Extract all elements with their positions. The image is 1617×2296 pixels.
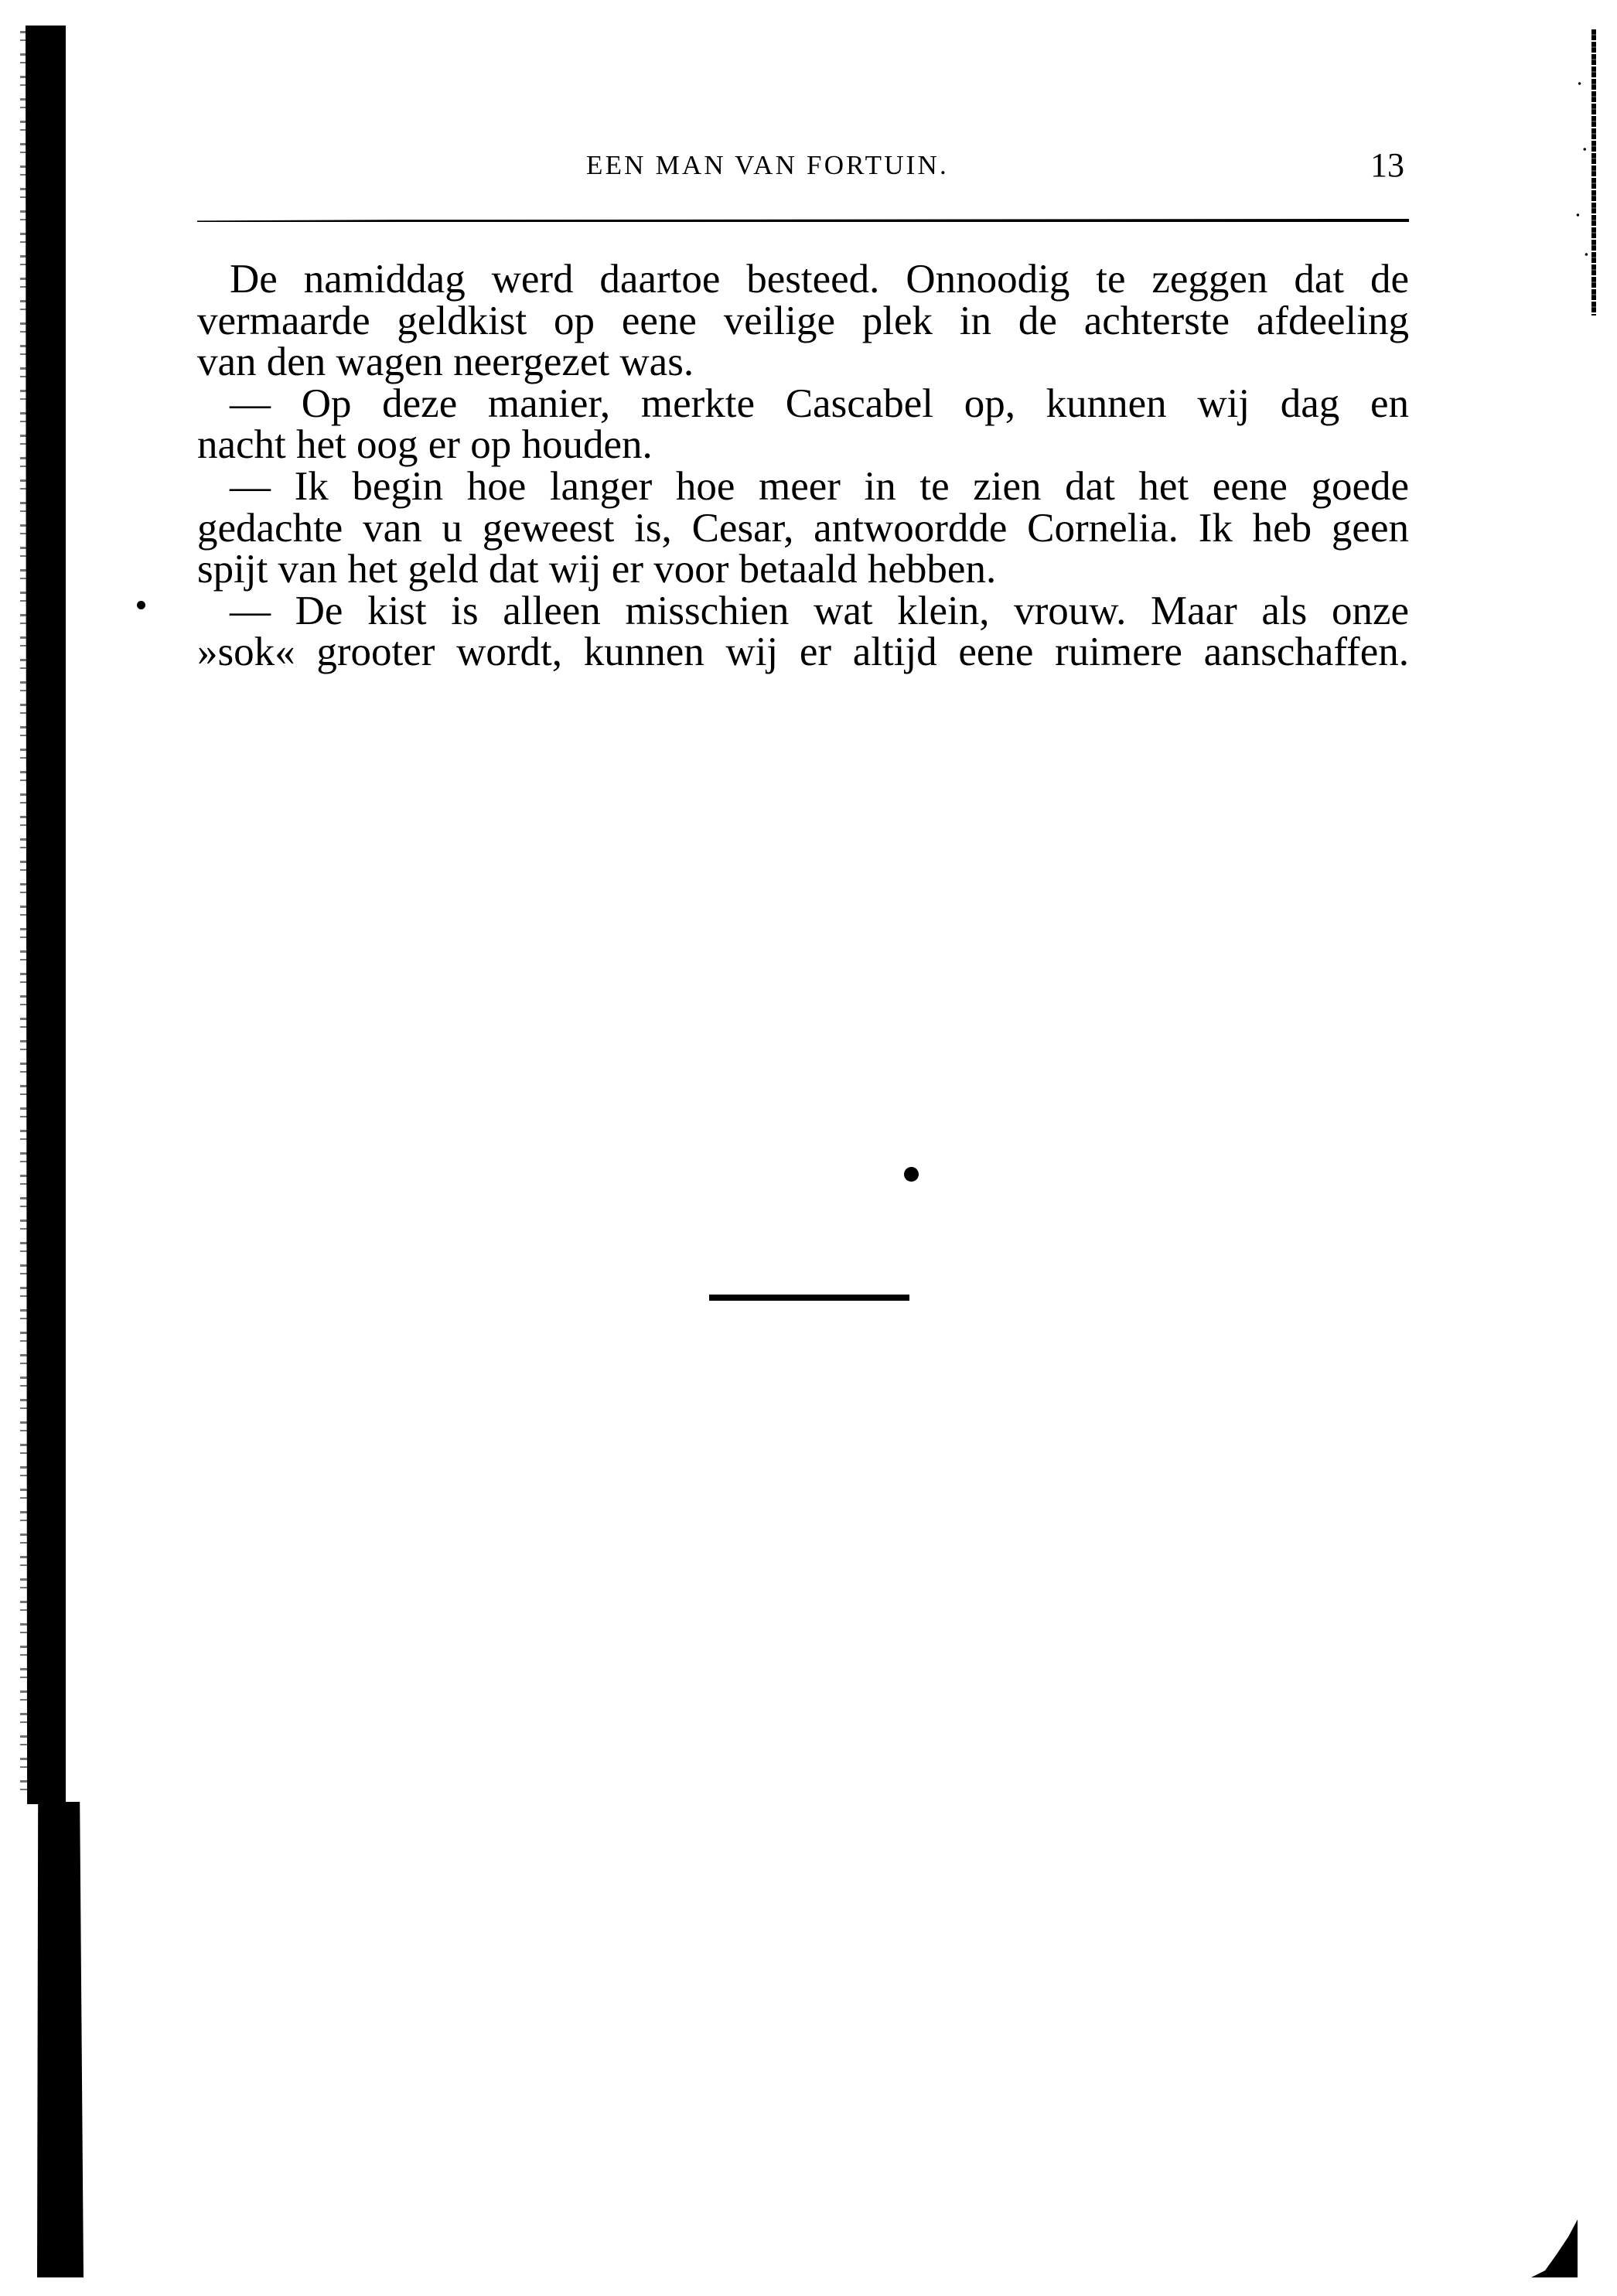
section-end-rule: [709, 1295, 909, 1301]
stray-ink-dot: [137, 601, 145, 609]
scan-binding-edge-top: [26, 26, 66, 1804]
text-line: De namiddag werd daartoe besteed. Onnood…: [197, 259, 1409, 301]
running-head: EEN MAN VAN FORTUIN.: [586, 152, 949, 179]
header-rule: [197, 219, 1409, 222]
body-text: De namiddag werd daartoe besteed. Onnood…: [197, 259, 1409, 674]
text-line: vermaarde geldkist op eene veilige plek …: [197, 301, 1409, 343]
text-line: — De kist is alleen misschien wat klein,…: [197, 591, 1409, 633]
scan-corner-shadow: [1531, 2219, 1578, 2277]
text-line: gedachte van u geweest is, Cesar, antwoo…: [197, 508, 1409, 550]
page-number: 13: [1370, 148, 1404, 183]
text-line: — Op deze manier, merkte Cascabel op, ku…: [197, 384, 1409, 425]
ink-dot: [904, 1167, 919, 1182]
text-line: »sok« grooter wordt, kunnen wij er altij…: [197, 632, 1409, 674]
scan-binding-edge-bottom: [37, 1802, 84, 2277]
scan-binding-edge-ragged: [20, 31, 28, 1802]
scan-right-edge-shadow: [1591, 29, 1596, 316]
text-line: — Ik begin hoe langer hoe meer in te zie…: [197, 466, 1409, 508]
text-line: nacht het oog er op houden.: [197, 425, 1409, 466]
scan-right-edge-specks: [1574, 31, 1591, 294]
text-line: van den wagen neergezet was.: [197, 342, 1409, 384]
text-line: spijt van het geld dat wij er voor betaa…: [197, 549, 1409, 591]
